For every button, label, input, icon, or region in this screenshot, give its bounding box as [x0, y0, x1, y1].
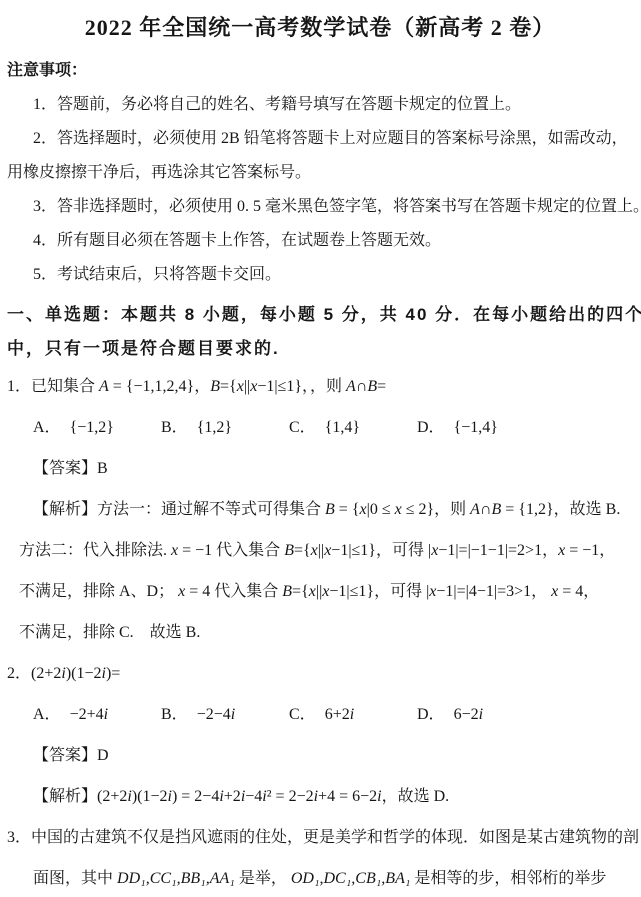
question-1-option-d: D．{−1,4}: [417, 407, 498, 448]
question-1-analysis-line-3: 不满足，排除 A、D； x = 4 代入集合 B={x||x−1|≤1}，可得 …: [7, 571, 633, 612]
option-label: B．: [161, 419, 188, 436]
option-value: {1,2}: [197, 419, 232, 436]
section-heading-line-1: 一、单选题：本题共 8 小题，每小题 5 分，共 40 分．在每小题给出的四个选…: [7, 298, 633, 332]
question-1-options: A．{−1,2} B．{1,2} C．{1,4} D．{−1,4}: [7, 407, 633, 448]
question-2-option-a: A．−2+4i: [33, 694, 161, 735]
question-2-answer: 【答案】D: [7, 735, 633, 776]
section-heading-line-2: 中，只有一项是符合题目要求的.: [7, 332, 633, 366]
question-1-option-a: A．{−1,2}: [33, 407, 161, 448]
exam-document-page: 2022 年全国统一高考数学试卷（新高考 2 卷） 注意事项： 1．答题前，务必…: [0, 0, 641, 897]
notice-item-3: 3．答非选择题时，必须使用 0. 5 毫米黑色签字笔，将答案书写在答题卡规定的位…: [7, 190, 633, 224]
notice-item-2-continuation: 用橡皮擦擦干净后，再选涂其它答案标号。: [7, 156, 633, 190]
option-label: A．: [33, 706, 61, 723]
option-value: {−1,2}: [70, 419, 114, 436]
question-1-option-b: B．{1,2}: [161, 407, 289, 448]
option-label: C．: [289, 419, 316, 436]
option-label: D．: [417, 419, 445, 436]
question-2-option-d: D．6−2i: [417, 694, 483, 735]
question-1-stem: 1．已知集合 A = {−1,1,2,4}，B={x||x−1|≤1}，，则 A…: [7, 366, 633, 407]
option-value: {−1,4}: [454, 419, 498, 436]
question-2-options: A．−2+4i B．−2−4i C．6+2i D．6−2i: [7, 694, 633, 735]
option-value: −2+4i: [70, 706, 109, 723]
question-1-analysis-line-2: 方法二：代入排除法. x = −1 代入集合 B={x||x−1|≤1}，可得 …: [7, 530, 633, 571]
option-value: {1,4}: [325, 419, 360, 436]
page-title: 2022 年全国统一高考数学试卷（新高考 2 卷）: [7, 13, 633, 43]
notice-item-4: 4．所有题目必须在答题卡上作答，在试题卷上答题无效。: [7, 224, 633, 258]
option-label: C．: [289, 706, 316, 723]
option-value: −2−4i: [197, 706, 236, 723]
question-3-stem-line-1: 3．中国的古建筑不仅是挡风遮雨的住处，更是美学和哲学的体现．如图是某古建筑物的剖: [7, 817, 633, 858]
option-label: B．: [161, 706, 188, 723]
question-1-analysis-line-4: 不满足，排除 C. 故选 B.: [7, 612, 633, 653]
option-label: A．: [33, 419, 61, 436]
question-1-option-c: C．{1,4}: [289, 407, 417, 448]
question-1-answer: 【答案】B: [7, 448, 633, 489]
question-2-option-c: C．6+2i: [289, 694, 417, 735]
question-3-stem-line-2: 面图，其中 DD₁,CC₁,BB₁,AA₁ 是举， OD₁,DC₁,CB₁,BA…: [7, 858, 633, 897]
option-value: 6−2i: [454, 706, 483, 723]
option-label: D．: [417, 706, 445, 723]
notice-heading: 注意事项：: [7, 54, 633, 88]
question-2-stem: 2．(2+2i)(1−2i)=: [7, 653, 633, 694]
question-1-analysis-line-1: 【解析】方法一：通过解不等式可得集合 B = {x|0 ≤ x ≤ 2}，则 A…: [7, 489, 633, 530]
notice-item-2: 2．答选择题时，必须使用 2B 铅笔将答题卡上对应题目的答案标号涂黑，如需改动，: [7, 122, 633, 156]
question-2-analysis-line-1: 【解析】(2+2i)(1−2i) = 2−4i+2i−4i² = 2−2i+4 …: [7, 776, 633, 817]
notice-item-1: 1．答题前，务必将自己的姓名、考籍号填写在答题卡规定的位置上。: [7, 88, 633, 122]
option-value: 6+2i: [325, 706, 354, 723]
notice-item-5: 5．考试结束后，只将答题卡交回。: [7, 258, 633, 292]
question-2-option-b: B．−2−4i: [161, 694, 289, 735]
